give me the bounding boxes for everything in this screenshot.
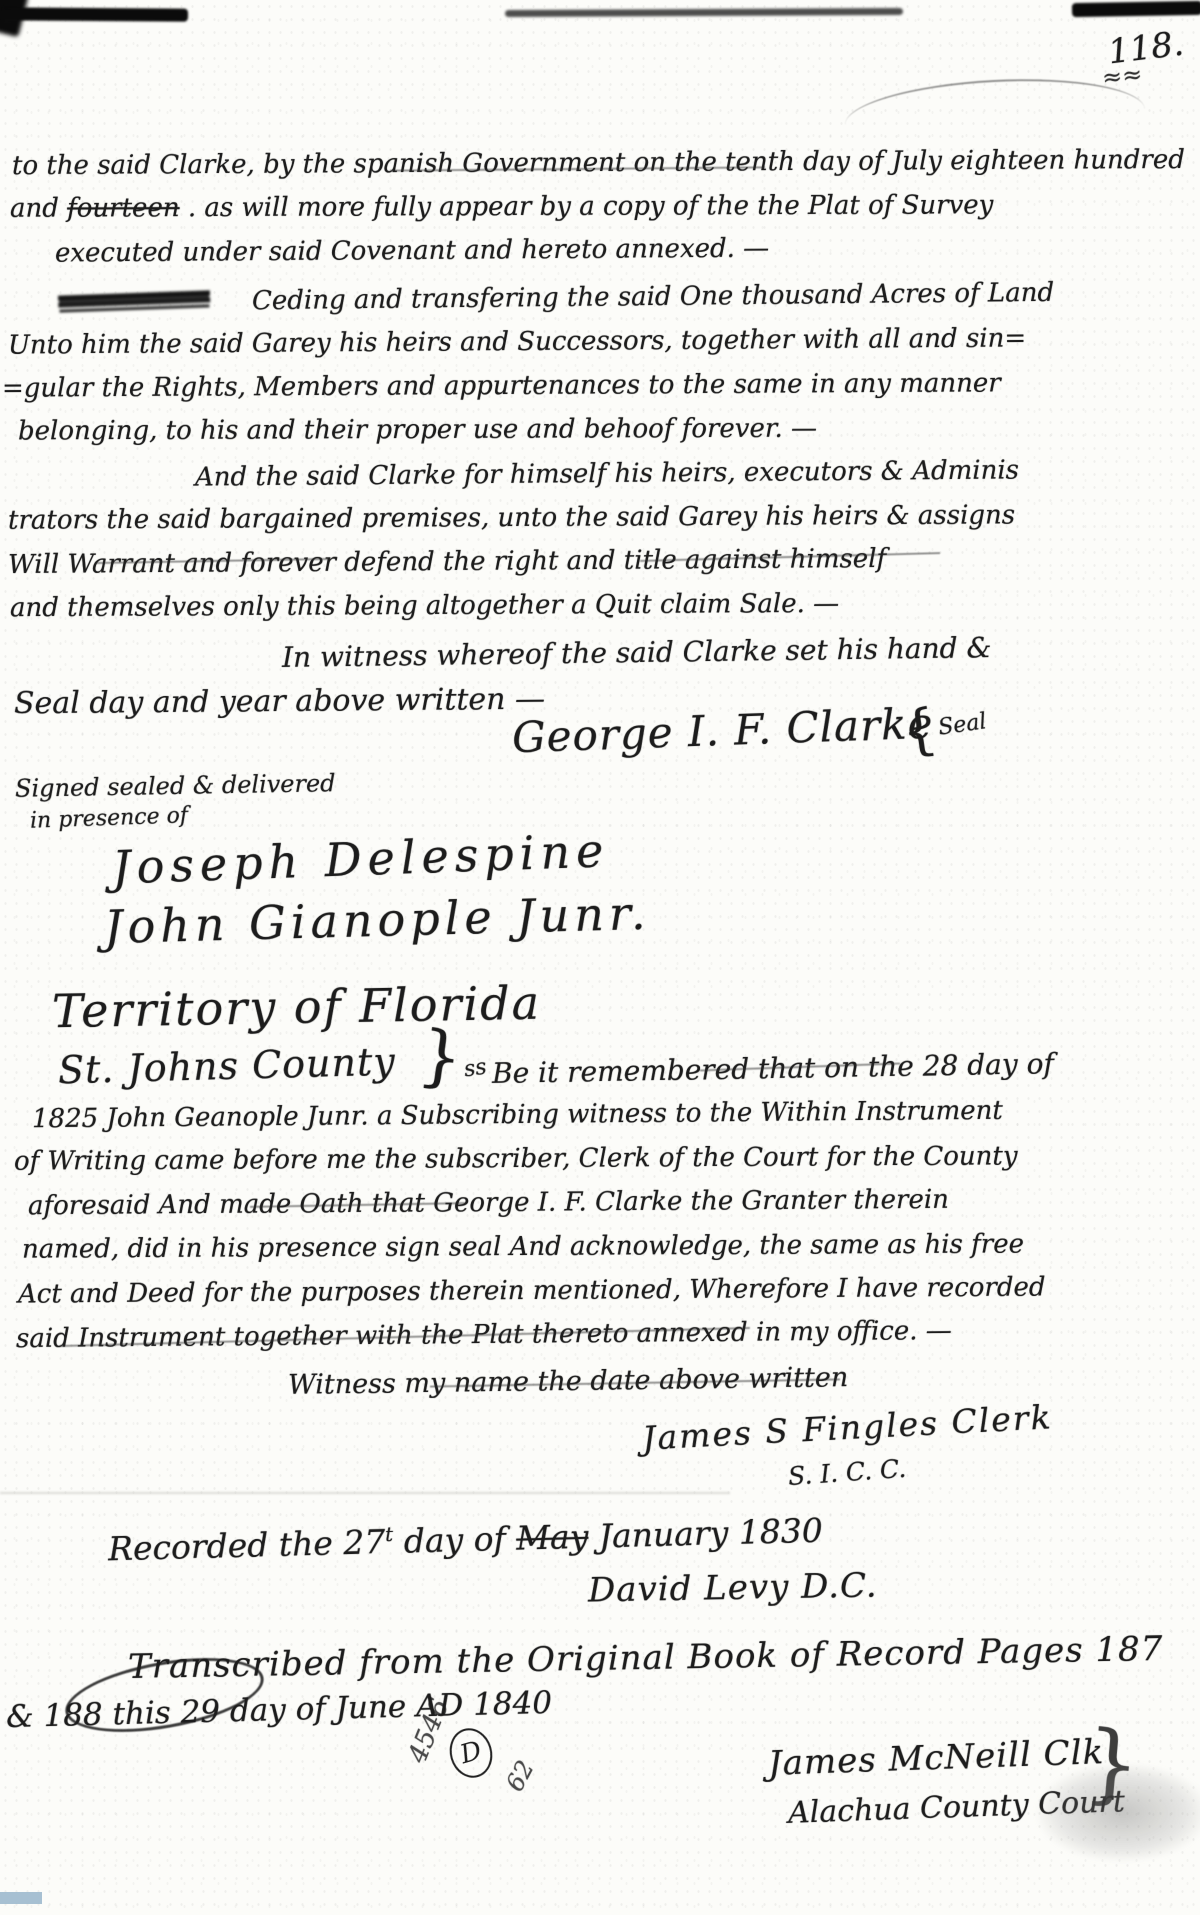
- recording-suffix: January 1830: [588, 1511, 823, 1556]
- transcription-line-1: Transcribed from the Original Book of Re…: [128, 1629, 1164, 1687]
- attestation-line-2: in presence of: [30, 803, 189, 834]
- margin-mark-d-letter: D: [457, 1736, 485, 1771]
- seal-label: Seal: [937, 709, 988, 740]
- ack-line-6: Act and Deed for the purposes therein me…: [18, 1272, 1046, 1309]
- margin-mark-circled-d: D: [444, 1723, 498, 1783]
- scan-artifact-bar-middle: [505, 8, 903, 17]
- witness-signature-2: John Gianople Junr.: [103, 886, 651, 954]
- margin-mark-62: 62: [501, 1756, 540, 1796]
- recording-line: Recorded the 27t day of May January 1830: [108, 1511, 824, 1569]
- deed-line-2-suffix: . as will more fully appear by a copy of…: [180, 190, 994, 223]
- ack-line-3: of Writing came before me the subscriber…: [14, 1141, 1018, 1176]
- deed-line-7: belonging, to his and their proper use a…: [18, 414, 817, 447]
- deed-line-4: Ceding and transfering the said One thou…: [252, 278, 1054, 316]
- grantor-signature: George I. F. Clarke: [511, 699, 934, 763]
- deputy-clerk-signature: David Levy D.C.: [588, 1565, 878, 1610]
- paper-crease-line: [0, 1492, 730, 1494]
- recording-struck-month: May: [516, 1517, 589, 1558]
- scan-artifact-bar-left: [0, 7, 188, 21]
- seal-mark: { Seal: [899, 694, 990, 759]
- scilicet-mark: ss: [462, 1055, 488, 1083]
- recording-middle: day of: [393, 1519, 517, 1561]
- deed-line-1: to the said Clarke, by the spanish Gover…: [12, 145, 1185, 181]
- deed-line-2-prefix: and: [10, 194, 67, 224]
- clerk-initials: S. I. C. C.: [787, 1454, 907, 1491]
- scan-artifact-bar-right: [1072, 1, 1200, 17]
- scan-edge-blue-mark: [0, 1892, 42, 1904]
- seal-open-brace: {: [899, 701, 941, 759]
- deed-line-5: Unto him the said Garey his heirs and Su…: [8, 323, 1026, 360]
- deed-line-2-struck-word: fourteen: [67, 193, 180, 223]
- attestation-line-1: Signed sealed & delivered: [15, 769, 336, 803]
- deed-line-13-witness-clause: Seal day and year above written —: [14, 682, 545, 722]
- page-number-underline-squiggle: ≈≈: [1101, 60, 1144, 92]
- witness-signature-1: Joseph Delespine: [111, 823, 610, 894]
- deed-line-2: and fourteen . as will more fully appear…: [10, 190, 993, 223]
- scanned-deed-page: 118. ≈≈ to the said Clarke, by the spani…: [0, 0, 1200, 1915]
- deed-line-3: executed under said Covenant and hereto …: [55, 234, 769, 269]
- ack-line-4: aforesaid And made Oath that George I. F…: [28, 1185, 949, 1221]
- ack-line-2: 1825 John Geanople Junr. a Subscribing w…: [32, 1096, 1003, 1134]
- deed-line-11: and themselves only this being altogethe…: [10, 589, 839, 623]
- toner-smudge: [1005, 1745, 1200, 1880]
- deed-line-6: =gular the Rights, Members and appurtena…: [2, 368, 1001, 403]
- recording-prefix: Recorded the 27: [108, 1522, 386, 1568]
- deed-line-9: trators the said bargained premises, unt…: [8, 500, 1015, 535]
- territory-heading: Territory of Florida: [52, 976, 542, 1039]
- county-heading: St. Johns County: [57, 1040, 396, 1093]
- ack-line-5: named, did in his presence sign seal And…: [22, 1229, 1024, 1264]
- scratched-out-word: [58, 290, 210, 300]
- deed-line-8: And the said Clarke for himself his heir…: [195, 455, 1019, 492]
- deed-line-12-witness-clause: In witness whereof the said Clarke set h…: [282, 631, 992, 674]
- clerk-signature: James S Fingles Clerk: [641, 1397, 1053, 1457]
